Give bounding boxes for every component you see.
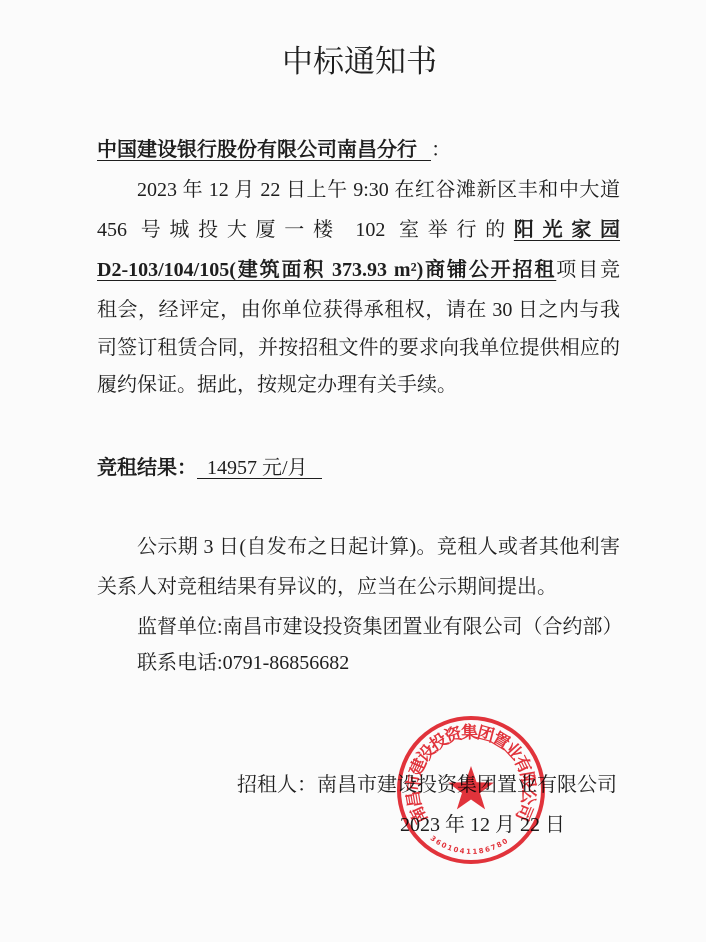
signature-label: 招租人： — [237, 774, 317, 796]
body-line-1: 2023 年 12 月 22 日上午 9:30 在红谷滩新区丰和中大道 — [137, 170, 620, 210]
body-line-4: 租会，经评定，由你单位获得承租权，请在 30 日之内与我 — [97, 290, 620, 330]
result-line: 竞租结果：14957 元/月 — [97, 448, 620, 488]
supervisor-line: 监督单位:南昌市建设投资集团置业有限公司（合约部） — [137, 607, 620, 647]
addressee-colon: ： — [431, 139, 451, 161]
seal-code-text: 3601041186780 — [429, 834, 510, 856]
supervisor-label: 监督单位: — [137, 616, 223, 638]
supervisor-value: 南昌市建设投资集团置业有限公司（合约部） — [223, 616, 623, 638]
body-line-3: D2-103/104/105(建筑面积 373.93 m²)商铺公开招租项目竞 — [97, 250, 620, 290]
addressee-line: 中国建设银行股份有限公司南昌分行： — [97, 130, 620, 170]
body-line-2: 456 号城投大厦一楼 102 室举行的阳光家园 — [97, 210, 620, 250]
notice-line-1: 公示期 3 日(自发布之日起计算)。竞租人或者其他利害 — [137, 527, 620, 567]
official-seal-stamp: 南昌市建设投资集团置业有限公司 3601041186780 — [395, 714, 547, 866]
contact-label: 联系电话: — [137, 652, 223, 674]
project-detail-underlined: D2-103/104/105(建筑面积 373.93 m²)商铺公开招租 — [97, 259, 556, 281]
document-page: 中标通知书 中国建设银行股份有限公司南昌分行： 2023 年 12 月 22 日… — [0, 0, 706, 942]
seal-star-icon — [448, 766, 494, 809]
project-name-underlined: 阳光家园 — [514, 219, 620, 241]
document-title: 中标通知书 — [282, 42, 437, 82]
contact-line: 联系电话:0791-86856682 — [137, 643, 620, 683]
body-line-5: 司签订租赁合同，并按招租文件的要求向我单位提供相应的 — [97, 328, 620, 368]
notice-line-2: 关系人对竞租结果有异议的，应当在公示期间提出。 — [97, 567, 620, 607]
result-value: 14957 元/月 — [197, 458, 322, 479]
body-line-3-text: 项目竞 — [556, 259, 620, 281]
contact-phone: 0791-86856682 — [223, 652, 350, 674]
addressee-name: 中国建设银行股份有限公司南昌分行 — [97, 140, 431, 161]
result-label: 竞租结果： — [97, 457, 197, 479]
body-line-6: 履约保证。据此，按规定办理有关手续。 — [97, 365, 620, 405]
body-line-2-text: 456 号城投大厦一楼 102 室举行的 — [97, 219, 514, 241]
